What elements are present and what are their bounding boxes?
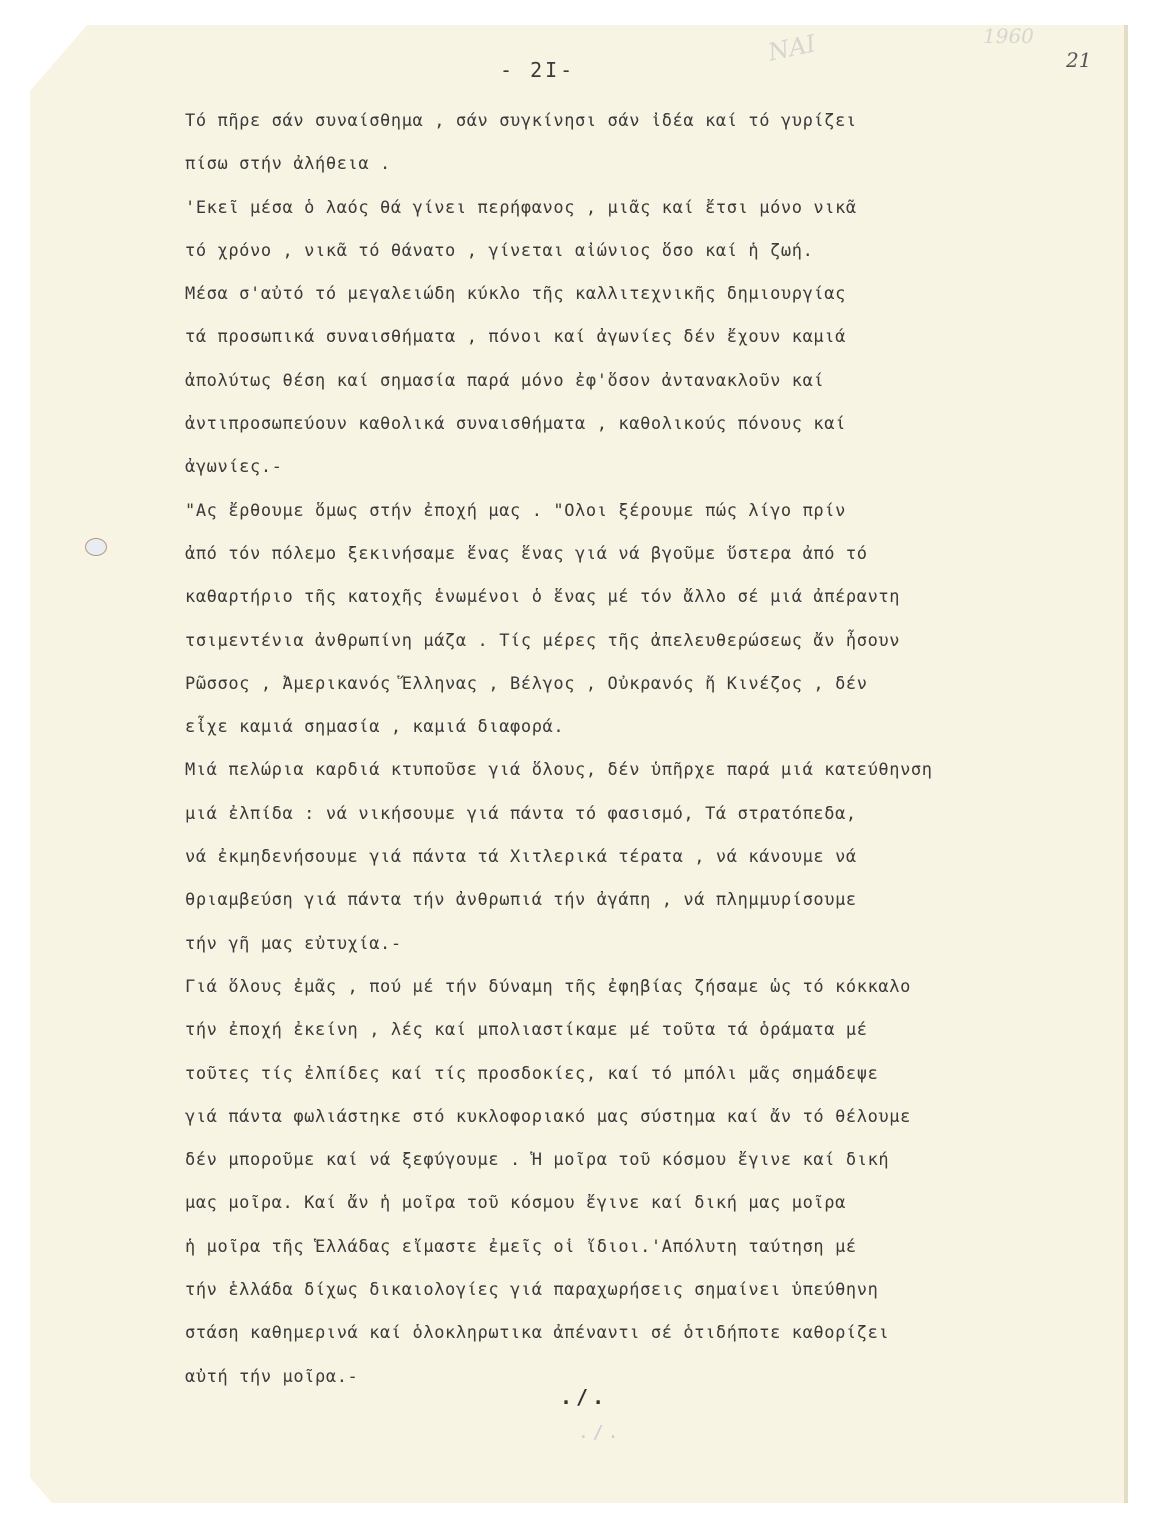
punch-hole [85,538,107,556]
page-number-header: - 2I- [500,58,575,82]
text-line: τήν ἐποχή ἐκείνη , λές καί μπολιαστίκαμε… [185,1009,1085,1052]
text-line: θριαμβεύση γιά πάντα τήν ἀνθρωπιά τήν ἀγ… [185,879,1085,922]
typed-body: Τό πῆρε σάν συναίσθημα , σάν συγκίνησι σ… [185,100,1085,1399]
text-line: Μιά πελώρια καρδιά κτυποῦσε γιά ὅλους, δ… [185,749,1085,792]
text-line: Τό πῆρε σάν συναίσθημα , σάν συγκίνησι σ… [185,100,1085,143]
text-line: "Ας ἔρθουμε ὅμως στήν ἐποχή μας . "Ολοι … [185,490,1085,533]
text-line: Γιά ὅλους ἐμᾶς , πού μέ τήν δύναμη τῆς ἐ… [185,966,1085,1009]
text-line: τό χρόνο , νικᾶ τό θάνατο , γίνεται αἰών… [185,230,1085,273]
text-line: μας μοῖρα. Καί ἄν ἡ μοῖρα τοῦ κόσμου ἔγι… [185,1182,1085,1225]
folio-number: 21 [1066,48,1091,72]
text-line: τοῦτες τίς ἐλπίδες καί τίς προσδοκίες, κ… [185,1053,1085,1096]
text-line: ἡ μοῖρα τῆς Ἑλλάδας εἴμαστε ἐμεῖς οἱ ἴδι… [185,1226,1085,1269]
text-line: ἀπό τόν πόλεμο ξεκινήσαμε ἕνας ἕνας γιά … [185,533,1085,576]
page-edge [1124,25,1128,1503]
text-line: στάση καθημερινά καί ὁλοκληρωτικα ἀπέναν… [185,1312,1085,1355]
text-line: τήν γῆ μας εὐτυχία.- [185,923,1085,966]
text-line: ἀντιπροσωπεύουν καθολικά συναισθήματα , … [185,403,1085,446]
text-line: τσιμεντένια ἀνθρωπίνη μάζα . Τίς μέρες τ… [185,620,1085,663]
bleed-through-mark: ./. [578,1422,623,1443]
text-line: γιά πάντα φωλιάστηκε στό κυκλοφοριακό μα… [185,1096,1085,1139]
text-line: δέν μποροῦμε καί νά ξεφύγουμε . Ἡ μοῖρα … [185,1139,1085,1182]
text-line: τήν ἑλλάδα δίχως δικαιολογίες γιά παραχω… [185,1269,1085,1312]
text-line: τά προσωπικά συναισθήματα , πόνοι καί ἀγ… [185,316,1085,359]
continuation-mark: ./. [560,1385,608,1409]
text-line: μιά ἐλπίδα : νά νικήσουμε γιά πάντα τό φ… [185,793,1085,836]
text-line: εἶχε καμιά σημασία , καμιά διαφορά. [185,706,1085,749]
text-line: ἀγωνίες.- [185,446,1085,489]
pencil-note-year: 1960 [983,24,1034,48]
text-line: 'Εκεῖ μέσα ὁ λαός θά γίνει περήφανος , μ… [185,187,1085,230]
text-line: αὐτή τήν μοῖρα.- [185,1356,1085,1399]
text-line: ἀπολύτως θέση καί σημασία παρά μόνο ἐφ'ὅ… [185,360,1085,403]
text-line: καθαρτήριο τῆς κατοχῆς ἑνωμένοι ὁ ἕνας μ… [185,576,1085,619]
text-line: νά ἐκμηδενήσουμε γιά πάντα τά Χιτλερικά … [185,836,1085,879]
text-line: Ρῶσσος , Ἀμερικανός Ἕλληνας , Βέλγος , Ο… [185,663,1085,706]
text-line: πίσω στήν ἀλήθεια . [185,143,1085,186]
text-line: Μέσα σ'αὐτό τό μεγαλειώδη κύκλο τῆς καλλ… [185,273,1085,316]
